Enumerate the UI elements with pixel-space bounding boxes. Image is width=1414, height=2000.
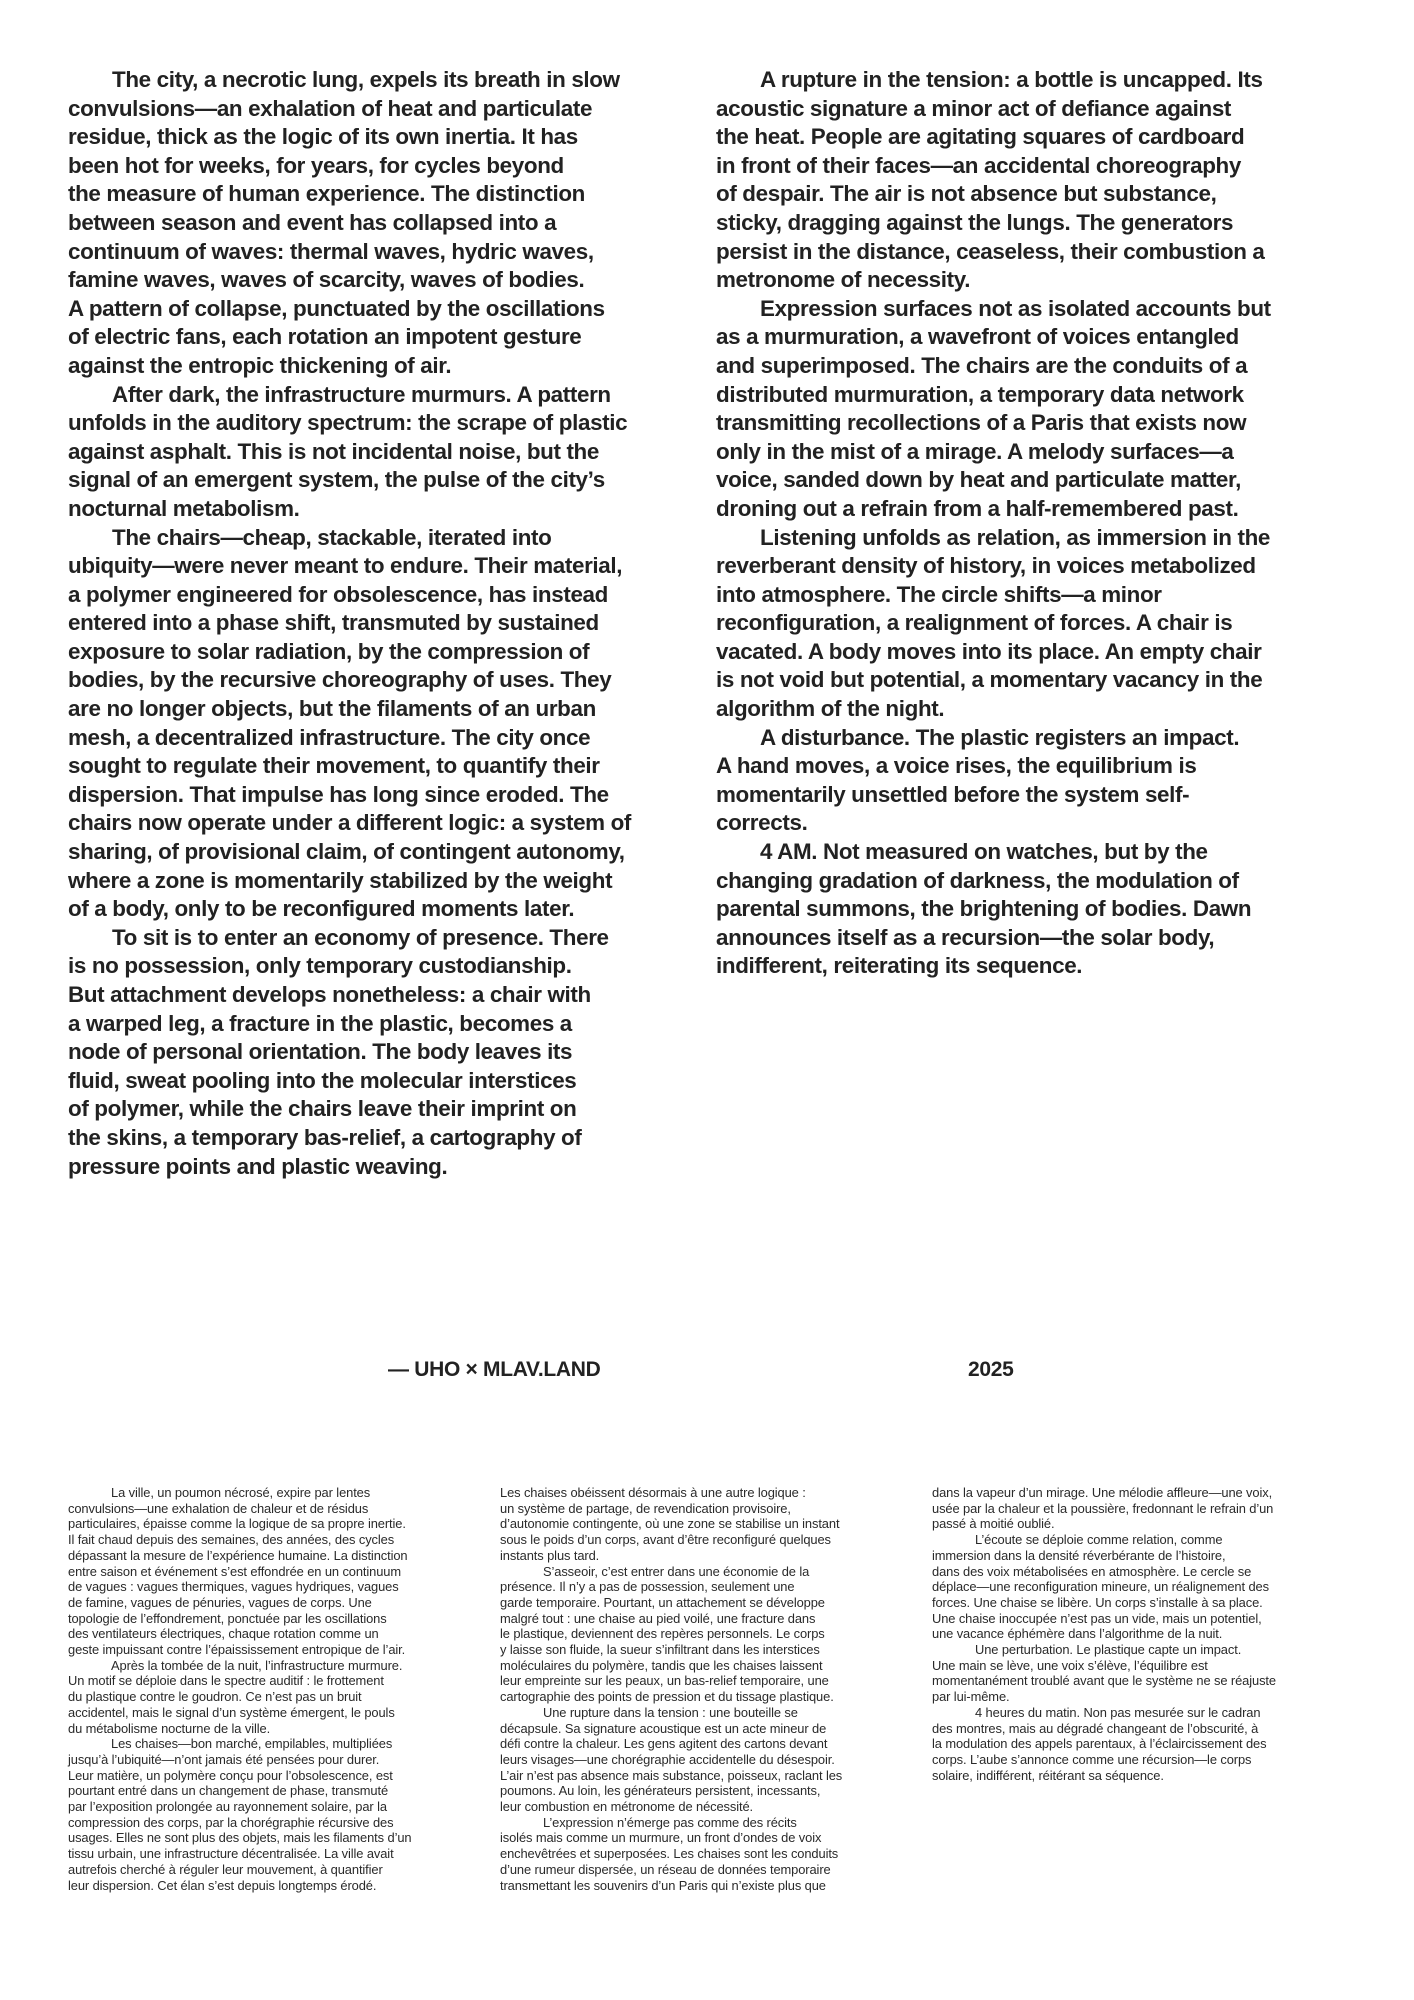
text-line: convulsions—une exhalation de chaleur et… bbox=[68, 1501, 488, 1517]
text-line: reconfiguration, a realignment of forces… bbox=[716, 609, 1356, 638]
text-line: A disturbance. The plastic registers an … bbox=[716, 724, 1356, 753]
text-line: poumons. Au loin, les générateurs persis… bbox=[500, 1783, 920, 1799]
text-line: of a body, only to be reconfigured momen… bbox=[68, 895, 708, 924]
text-line: ubiquity—were never meant to endure. The… bbox=[68, 552, 708, 581]
text-line: moléculaires du polymère, tandis que les… bbox=[500, 1658, 920, 1674]
paragraph: The city, a necrotic lung, expels its br… bbox=[68, 66, 708, 381]
english-text-column-right: A rupture in the tension: a bottle is un… bbox=[716, 66, 1356, 981]
text-line: Les chaises obéissent désormais à une au… bbox=[500, 1485, 920, 1501]
text-line: cartographie des points de pression et d… bbox=[500, 1689, 920, 1705]
text-line: droning out a refrain from a half-rememb… bbox=[716, 495, 1356, 524]
text-line: Listening unfolds as relation, as immers… bbox=[716, 524, 1356, 553]
paragraph: 4 AM. Not measured on watches, but by th… bbox=[716, 838, 1356, 981]
text-line: A rupture in the tension: a bottle is un… bbox=[716, 66, 1356, 95]
text-line: dans la vapeur d’un mirage. Une mélodie … bbox=[932, 1485, 1352, 1501]
text-line: been hot for weeks, for years, for cycle… bbox=[68, 152, 708, 181]
text-line: Les chaises—bon marché, empilables, mult… bbox=[68, 1736, 488, 1752]
text-line: between season and event has collapsed i… bbox=[68, 209, 708, 238]
text-line: leurs visages—une chorégraphie accidente… bbox=[500, 1752, 920, 1768]
text-line: des ventilateurs électriques, chaque rot… bbox=[68, 1626, 488, 1642]
text-line: La ville, un poumon nécrosé, expire par … bbox=[68, 1485, 488, 1501]
text-line: L’expression n’émerge pas comme des réci… bbox=[500, 1815, 920, 1831]
text-line: particulaires, épaisse comme la logique … bbox=[68, 1516, 488, 1532]
text-line: The chairs—cheap, stackable, iterated in… bbox=[68, 524, 708, 553]
text-line: sharing, of provisional claim, of contin… bbox=[68, 838, 708, 867]
text-line: Leur matière, un polymère conçu pour l’o… bbox=[68, 1768, 488, 1784]
text-line: de vagues : vagues thermiques, vagues hy… bbox=[68, 1579, 488, 1595]
text-line: into atmosphere. The circle shifts—a min… bbox=[716, 581, 1356, 610]
text-line: of polymer, while the chairs leave their… bbox=[68, 1095, 708, 1124]
credits-year: 2025 bbox=[968, 1358, 1014, 1382]
text-line: par l’exposition prolongée au rayonnemen… bbox=[68, 1799, 488, 1815]
text-line: is not void but potential, a momentary v… bbox=[716, 666, 1356, 695]
text-line: compression des corps, par la chorégraph… bbox=[68, 1815, 488, 1831]
text-line: indifferent, reiterating its sequence. bbox=[716, 952, 1356, 981]
text-line: momentarily unsettled before the system … bbox=[716, 781, 1356, 810]
text-line: the skins, a temporary bas-relief, a car… bbox=[68, 1124, 708, 1153]
text-line: des montres, mais au dégradé changeant d… bbox=[932, 1721, 1352, 1737]
text-line: the heat. People are agitating squares o… bbox=[716, 123, 1356, 152]
paragraph: A disturbance. The plastic registers an … bbox=[716, 724, 1356, 838]
text-line: exposure to solar radiation, by the comp… bbox=[68, 638, 708, 667]
text-line: against the entropic thickening of air. bbox=[68, 352, 708, 381]
text-line: acoustic signature a minor act of defian… bbox=[716, 95, 1356, 124]
paragraph: Expression surfaces not as isolated acco… bbox=[716, 295, 1356, 524]
text-line: chairs now operate under a different log… bbox=[68, 809, 708, 838]
text-line: sticky, dragging against the lungs. The … bbox=[716, 209, 1356, 238]
text-line: continuum of waves: thermal waves, hydri… bbox=[68, 238, 708, 267]
text-line: a polymer engineered for obsolescence, h… bbox=[68, 581, 708, 610]
text-line: tissu urbain, une infrastructure décentr… bbox=[68, 1846, 488, 1862]
text-line: of despair. The air is not absence but s… bbox=[716, 180, 1356, 209]
text-line: geste impuissant contre l’épaississement… bbox=[68, 1642, 488, 1658]
text-line: d’autonomie contingente, où une zone se … bbox=[500, 1516, 920, 1532]
text-line: announces itself as a recursion—the sola… bbox=[716, 924, 1356, 953]
text-line: Après la tombée de la nuit, l’infrastruc… bbox=[68, 1658, 488, 1674]
text-line: pressure points and plastic weaving. bbox=[68, 1153, 708, 1182]
text-line: After dark, the infrastructure murmurs. … bbox=[68, 381, 708, 410]
text-line: de famine, vagues de pénuries, vagues de… bbox=[68, 1595, 488, 1611]
text-line: nocturnal metabolism. bbox=[68, 495, 708, 524]
text-line: par lui-même. bbox=[932, 1689, 1352, 1705]
text-line: persist in the distance, ceaseless, thei… bbox=[716, 238, 1356, 267]
text-line: isolés mais comme un murmure, un front d… bbox=[500, 1830, 920, 1846]
text-line: bodies, by the recursive choreography of… bbox=[68, 666, 708, 695]
text-line: in front of their faces—an accidental ch… bbox=[716, 152, 1356, 181]
text-line: But attachment develops nonetheless: a c… bbox=[68, 981, 708, 1010]
text-line: The city, a necrotic lung, expels its br… bbox=[68, 66, 708, 95]
text-line: défi contre la chaleur. Les gens agitent… bbox=[500, 1736, 920, 1752]
text-line: leur dispersion. Cet élan s’est depuis l… bbox=[68, 1878, 488, 1894]
text-line: unfolds in the auditory spectrum: the sc… bbox=[68, 409, 708, 438]
french-text-column-2: Les chaises obéissent désormais à une au… bbox=[500, 1485, 920, 1893]
text-line: topologie de l’effondrement, ponctuée pa… bbox=[68, 1611, 488, 1627]
text-line: algorithm of the night. bbox=[716, 695, 1356, 724]
text-line: S’asseoir, c’est entrer dans une économi… bbox=[500, 1564, 920, 1580]
text-line: and superimposed. The chairs are the con… bbox=[716, 352, 1356, 381]
paragraph: After dark, the infrastructure murmurs. … bbox=[68, 381, 708, 524]
text-line: corps. L’aube s’annonce comme une récurs… bbox=[932, 1752, 1352, 1768]
text-line: of electric fans, each rotation an impot… bbox=[68, 323, 708, 352]
text-line: L’air n’est pas absence mais substance, … bbox=[500, 1768, 920, 1784]
text-line: sought to regulate their movement, to qu… bbox=[68, 752, 708, 781]
text-line: immersion dans la densité réverbérante d… bbox=[932, 1548, 1352, 1564]
text-line: signal of an emergent system, the pulse … bbox=[68, 466, 708, 495]
text-line: voice, sanded down by heat and particula… bbox=[716, 466, 1356, 495]
text-line: décapsule. Sa signature acoustique est u… bbox=[500, 1721, 920, 1737]
text-line: L’écoute se déploie comme relation, comm… bbox=[932, 1532, 1352, 1548]
text-line: le plastique, deviennent des repères per… bbox=[500, 1626, 920, 1642]
text-line: 4 AM. Not measured on watches, but by th… bbox=[716, 838, 1356, 867]
text-line: Expression surfaces not as isolated acco… bbox=[716, 295, 1356, 324]
text-line: To sit is to enter an economy of presenc… bbox=[68, 924, 708, 953]
text-line: Une rupture dans la tension : une boutei… bbox=[500, 1705, 920, 1721]
text-line: usée par la chaleur et la poussière, fre… bbox=[932, 1501, 1352, 1517]
text-line: autrefois cherché à réguler leur mouveme… bbox=[68, 1862, 488, 1878]
text-line: A hand moves, a voice rises, the equilib… bbox=[716, 752, 1356, 781]
french-text-column-3: dans la vapeur d’un mirage. Une mélodie … bbox=[932, 1485, 1352, 1783]
text-line: usages. Elles ne sont plus des objets, m… bbox=[68, 1830, 488, 1846]
text-line: jusqu’à l’ubiquité—n’ont jamais été pens… bbox=[68, 1752, 488, 1768]
text-line: dépassant la mesure de l’expérience huma… bbox=[68, 1548, 488, 1564]
text-line: Un motif se déploie dans le spectre audi… bbox=[68, 1673, 488, 1689]
text-line: une vacance éphémère dans l’algorithme d… bbox=[932, 1626, 1352, 1642]
text-line: Il fait chaud depuis des semaines, des a… bbox=[68, 1532, 488, 1548]
text-line: 4 heures du matin. Non pas mesurée sur l… bbox=[932, 1705, 1352, 1721]
text-line: momentanément troublé avant que le systè… bbox=[932, 1673, 1352, 1689]
text-line: mesh, a decentralized infrastructure. Th… bbox=[68, 724, 708, 753]
text-line: malgré tout : une chaise au pied voilé, … bbox=[500, 1611, 920, 1627]
text-line: vacated. A body moves into its place. An… bbox=[716, 638, 1356, 667]
text-line: the measure of human experience. The dis… bbox=[68, 180, 708, 209]
text-line: passé à moitié oublié. bbox=[932, 1516, 1352, 1532]
text-line: A pattern of collapse, punctuated by the… bbox=[68, 295, 708, 324]
text-line: reverberant density of history, in voice… bbox=[716, 552, 1356, 581]
text-line: d’une rumeur dispersée, un réseau de don… bbox=[500, 1862, 920, 1878]
paragraph: A rupture in the tension: a bottle is un… bbox=[716, 66, 1356, 295]
text-line: la modulation des appels parentaux, à l’… bbox=[932, 1736, 1352, 1752]
text-line: against asphalt. This is not incidental … bbox=[68, 438, 708, 467]
text-line: Une chaise inoccupée n’est pas un vide, … bbox=[932, 1611, 1352, 1627]
text-line: transmitting recollections of a Paris th… bbox=[716, 409, 1356, 438]
paragraph: The chairs—cheap, stackable, iterated in… bbox=[68, 524, 708, 924]
text-line: présence. Il n’y a pas de possession, se… bbox=[500, 1579, 920, 1595]
text-line: entered into a phase shift, transmuted b… bbox=[68, 609, 708, 638]
text-line: residue, thick as the logic of its own i… bbox=[68, 123, 708, 152]
paragraph: To sit is to enter an economy of presenc… bbox=[68, 924, 708, 1181]
english-text-column-left: The city, a necrotic lung, expels its br… bbox=[68, 66, 708, 1181]
paragraph: Listening unfolds as relation, as immers… bbox=[716, 524, 1356, 724]
text-line: node of personal orientation. The body l… bbox=[68, 1038, 708, 1067]
text-line: leur combustion en métronome de nécessit… bbox=[500, 1799, 920, 1815]
text-line: pourtant entré dans un changement de pha… bbox=[68, 1783, 488, 1799]
text-line: as a murmuration, a wavefront of voices … bbox=[716, 323, 1356, 352]
text-line: distributed murmuration, a temporary dat… bbox=[716, 381, 1356, 410]
text-line: leur empreinte sur les peaux, un bas-rel… bbox=[500, 1673, 920, 1689]
text-line: Une main se lève, une voix s’élève, l’éq… bbox=[932, 1658, 1352, 1674]
text-line: changing gradation of darkness, the modu… bbox=[716, 867, 1356, 896]
text-line: a warped leg, a fracture in the plastic,… bbox=[68, 1010, 708, 1039]
text-line: y laisse son fluide, la sueur s’infiltra… bbox=[500, 1642, 920, 1658]
text-line: convulsions—an exhalation of heat and pa… bbox=[68, 95, 708, 124]
text-line: fluid, sweat pooling into the molecular … bbox=[68, 1067, 708, 1096]
text-line: accidentel, mais le signal d’un système … bbox=[68, 1705, 488, 1721]
text-line: du métabolisme nocturne de la ville. bbox=[68, 1721, 488, 1737]
text-line: forces. Une chaise se libère. Un corps s… bbox=[932, 1595, 1352, 1611]
text-line: sous le poids d’un corps, avant d’être r… bbox=[500, 1532, 920, 1548]
text-line: dans des voix métabolisées en atmosphère… bbox=[932, 1564, 1352, 1580]
credits-authors: — UHO × MLAV.LAND bbox=[388, 1358, 601, 1382]
text-line: Une perturbation. Le plastique capte un … bbox=[932, 1642, 1352, 1658]
text-line: only in the mist of a mirage. A melody s… bbox=[716, 438, 1356, 467]
text-line: du plastique contre le goudron. Ce n’est… bbox=[68, 1689, 488, 1705]
text-line: corrects. bbox=[716, 809, 1356, 838]
text-line: entre saison et événement s’est effondré… bbox=[68, 1564, 488, 1580]
text-line: parental summons, the brightening of bod… bbox=[716, 895, 1356, 924]
text-line: where a zone is momentarily stabilized b… bbox=[68, 867, 708, 896]
text-line: dispersion. That impulse has long since … bbox=[68, 781, 708, 810]
text-line: transmettant les souvenirs d’un Paris qu… bbox=[500, 1878, 920, 1894]
text-line: is no possession, only temporary custodi… bbox=[68, 952, 708, 981]
text-line: enchevêtrées et superposées. Les chaises… bbox=[500, 1846, 920, 1862]
french-text-column-1: La ville, un poumon nécrosé, expire par … bbox=[68, 1485, 488, 1893]
text-line: are no longer objects, but the filaments… bbox=[68, 695, 708, 724]
text-line: metronome of necessity. bbox=[716, 266, 1356, 295]
text-line: famine waves, waves of scarcity, waves o… bbox=[68, 266, 708, 295]
text-line: instants plus tard. bbox=[500, 1548, 920, 1564]
text-line: un système de partage, de revendication … bbox=[500, 1501, 920, 1517]
text-line: garde temporaire. Pourtant, un attacheme… bbox=[500, 1595, 920, 1611]
text-line: solaire, indifférent, réitérant sa séque… bbox=[932, 1768, 1352, 1784]
text-line: déplace—une reconfiguration mineure, un … bbox=[932, 1579, 1352, 1595]
